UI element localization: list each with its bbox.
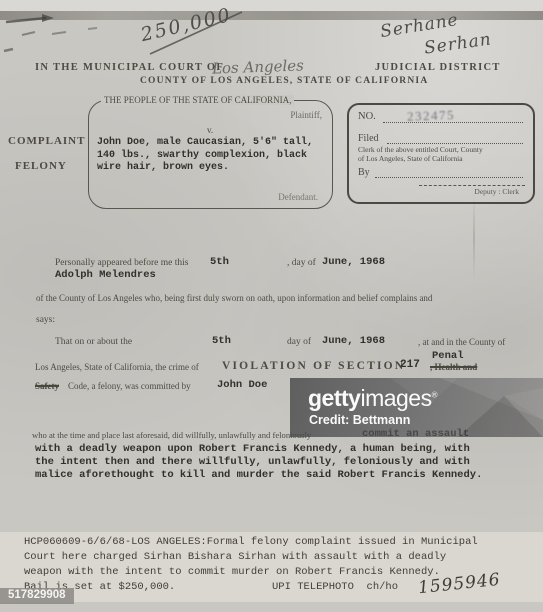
section-number: 217 <box>400 359 420 371</box>
label-complaint: COMPLAINT <box>8 135 85 147</box>
header-judicial-district: JUDICIAL DISTRICT <box>375 62 501 73</box>
charge-line3: the intent then and there willfully, unl… <box>35 456 470 468</box>
caption-line3: weapon with the intent to commit murder … <box>24 566 440 578</box>
header-county-line: COUNTY OF LOS ANGELES, STATE OF CALIFORN… <box>140 76 428 86</box>
onabout-mid: day of <box>287 337 311 347</box>
onabout-date: June, 1968 <box>322 335 385 347</box>
charge-line2: with a deadly weapon upon Robert Francis… <box>35 443 470 455</box>
deputy-line <box>419 185 525 186</box>
caption-upi-credit: UPI TELEPHOTO ch/ho <box>272 581 398 593</box>
struck-safety: Safety <box>35 381 59 391</box>
getty-logo: gettyimages® <box>308 385 437 412</box>
caption-line2: Court here charged Sirhan Bishara Sirhan… <box>24 551 446 563</box>
charge-line4: malice aforethought to kill and murder t… <box>35 469 482 481</box>
getty-credit: Credit: Bettmann <box>309 413 410 427</box>
caption-line1: HCP060609-6/6/68-LOS ANGELES:Formal felo… <box>24 536 478 548</box>
defendant-description: John Doe, male Caucasian, 5'6" tall, 140… <box>97 137 329 175</box>
by-label: By <box>358 167 370 178</box>
charge-line1-plain: who at the time and place last aforesaid… <box>32 430 311 440</box>
filing-box: NO. 232475 Filed Clerk of the above enti… <box>347 103 535 204</box>
says-label: says: <box>36 315 55 325</box>
label-felony: FELONY <box>15 160 67 172</box>
filed-dotted-line <box>387 143 523 144</box>
onabout-suffix: , at and in the County of <box>418 337 505 347</box>
county-line: of the County of Los Angeles who, being … <box>36 293 432 303</box>
registered-mark-icon: ® <box>432 390 437 399</box>
no-label: NO. <box>358 111 376 122</box>
defendant-label: Defendant. <box>278 192 318 202</box>
versus-label: v. <box>207 125 213 135</box>
clerk-note: Clerk of the above entitled Court, Count… <box>358 146 526 163</box>
paper-crease <box>473 195 475 280</box>
appeared-mid: , day of <box>287 258 316 268</box>
stamped-case-number: 232475 <box>407 107 456 125</box>
onabout-prefix: That on or about the <box>55 337 132 347</box>
committed-by: John Doe <box>217 379 267 391</box>
getty-logo-bold: getty <box>308 385 360 411</box>
plaintiff-name: THE PEOPLE OF THE STATE OF CALIFORNIA, <box>101 95 294 105</box>
crime-prefix: Los Angeles, State of California, the cr… <box>35 362 199 372</box>
pencil-marks <box>0 8 120 58</box>
penal-correction: Penal <box>432 350 464 362</box>
violation-label: VIOLATION OF SECTION <box>222 360 405 372</box>
getty-logo-light: images <box>360 385 431 411</box>
appeared-day: 5th <box>210 256 229 268</box>
filed-label: Filed <box>358 133 379 144</box>
deputy-clerk-label: Deputy : Clerk <box>474 187 519 196</box>
complainant-name: Adolph Melendres <box>55 269 156 281</box>
by-dotted-line <box>375 177 523 178</box>
code-line: Code, a felony, was committed by <box>68 381 191 391</box>
party-box: THE PEOPLE OF THE STATE OF CALIFORNIA, P… <box>88 100 333 209</box>
getty-watermark: gettyimages® Credit: Bettmann <box>290 378 543 437</box>
header-court-prefix: IN THE MUNICIPAL COURT OF <box>35 62 224 73</box>
document-photo: 250,000 Serhane Serhan IN THE MUNICIPAL … <box>0 0 543 612</box>
struck-health-and: , Health and <box>430 362 477 372</box>
handwritten-slash <box>130 4 265 62</box>
appeared-date: June, 1968 <box>322 256 385 268</box>
appeared-prefix: Personally appeared before me this <box>55 258 188 268</box>
plaintiff-label: Plaintiff, <box>290 110 322 120</box>
getty-image-id: 517829908 <box>0 588 74 604</box>
onabout-day: 5th <box>212 335 231 347</box>
